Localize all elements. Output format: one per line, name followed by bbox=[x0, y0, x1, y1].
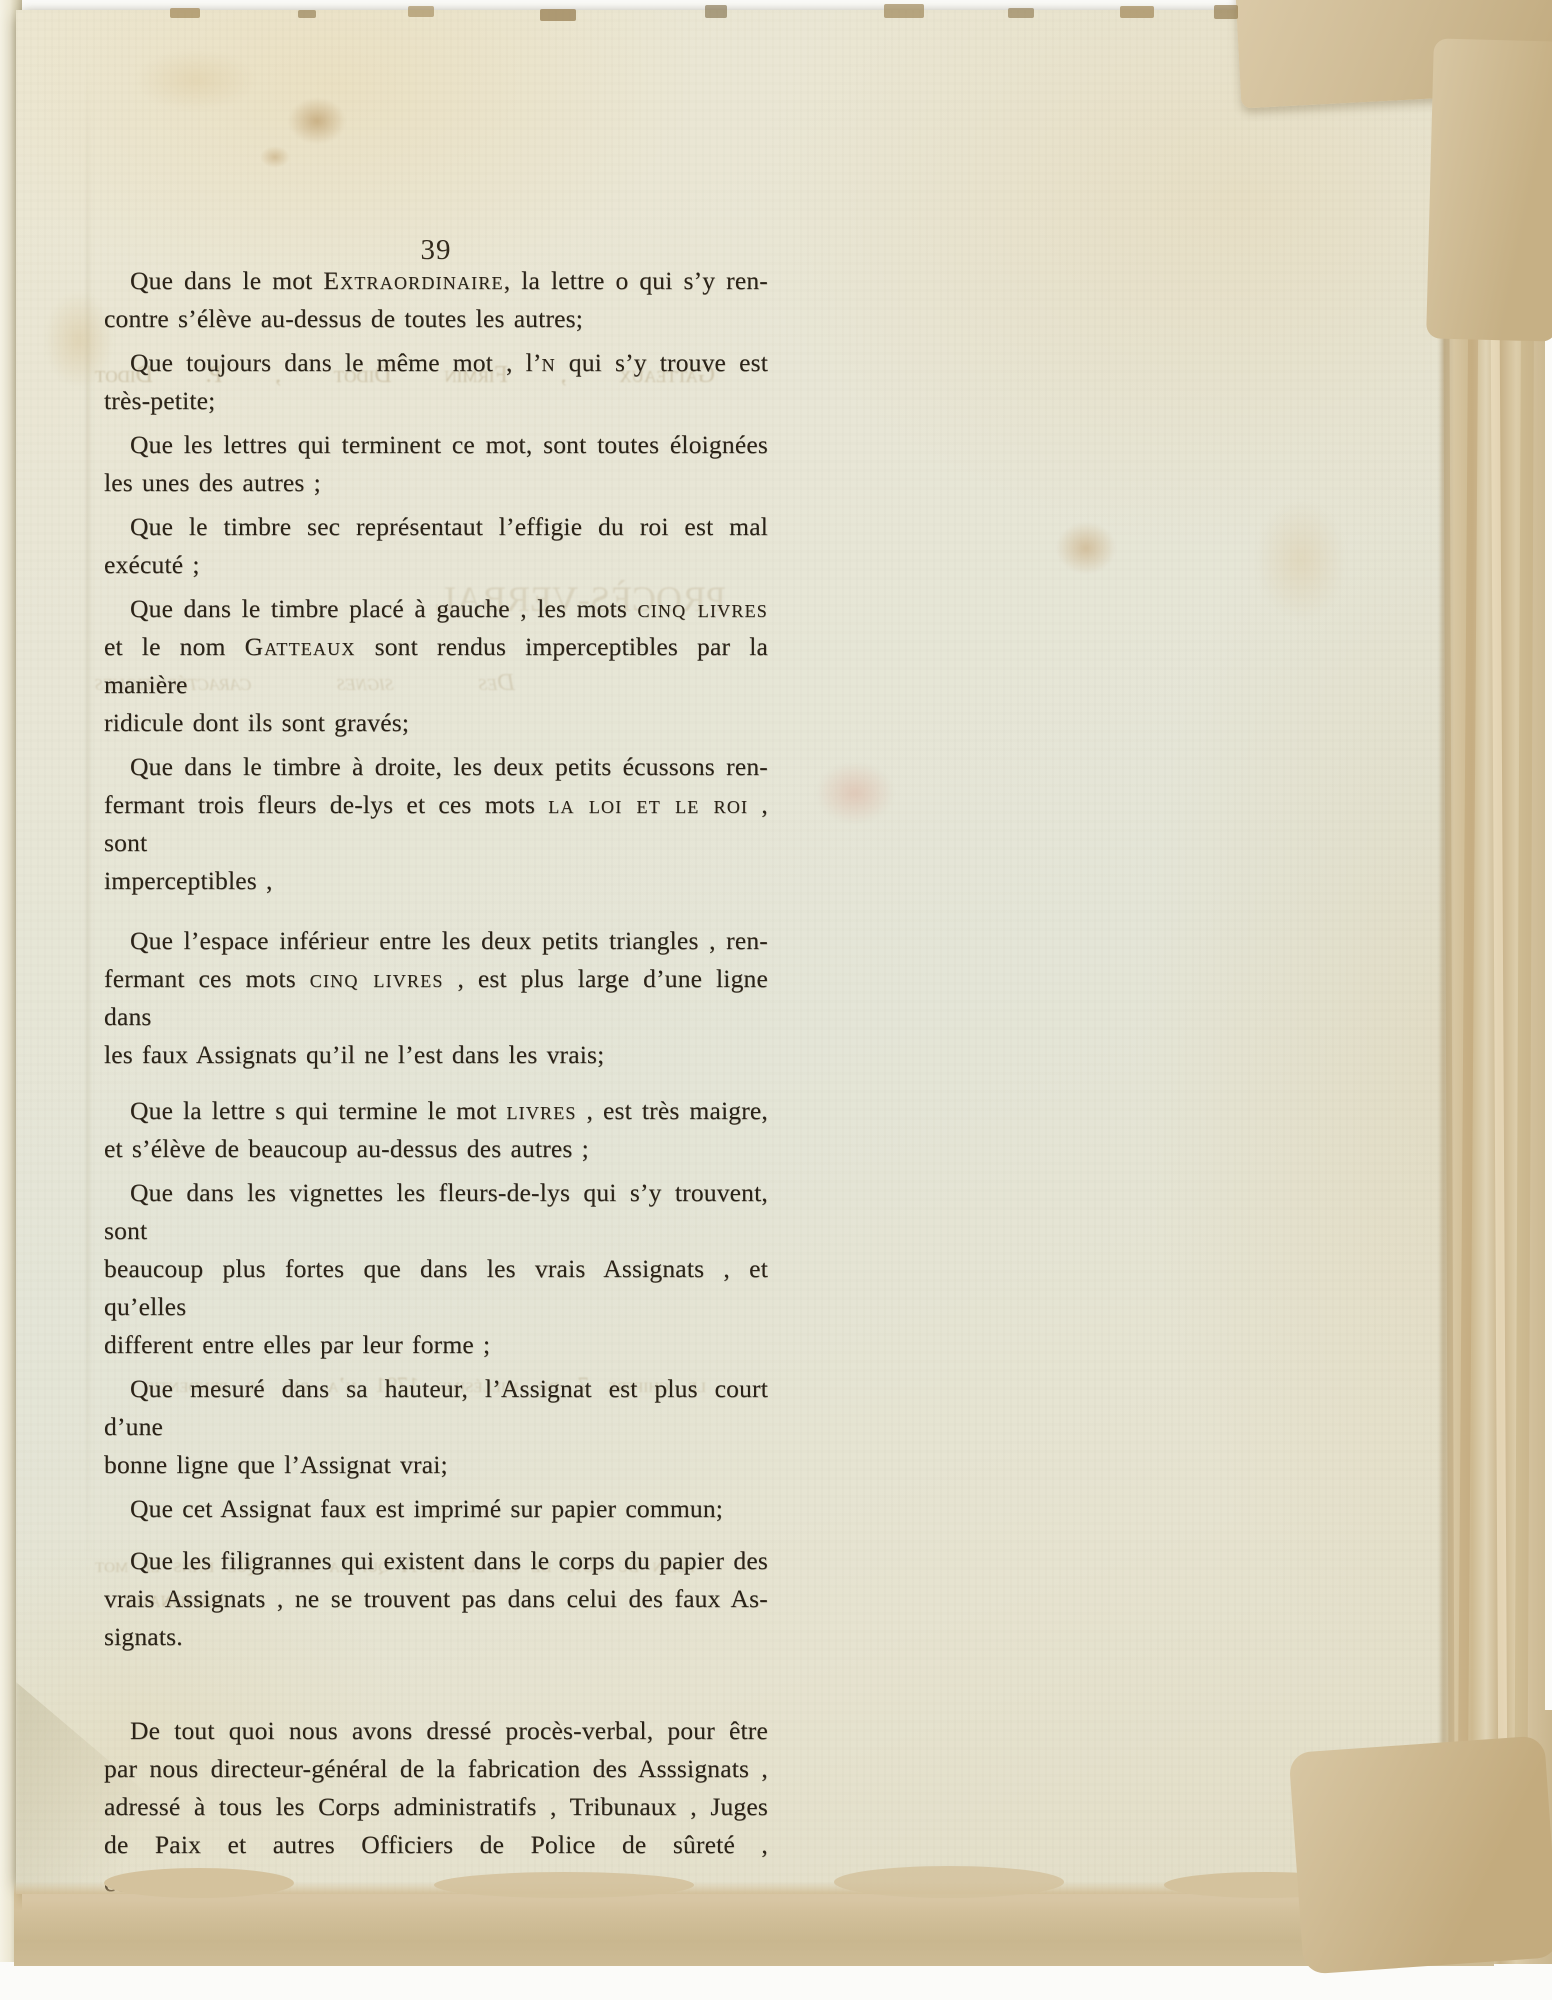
text-segment: et s’élève de beaucoup au-dessus des aut… bbox=[104, 1134, 589, 1163]
top-edge-chip bbox=[1214, 5, 1238, 19]
text-line: Que dans le mot Extraordinaire, la lettr… bbox=[104, 262, 768, 300]
small-caps-segment: Extraordinaire bbox=[323, 266, 503, 295]
text-segment: Que la lettre s qui termine le mot bbox=[130, 1096, 506, 1125]
scanner-gap bbox=[1545, 210, 1552, 1710]
text-line: different entre elles par leur forme ; bbox=[104, 1326, 768, 1364]
text-line: exécuté ; bbox=[104, 546, 768, 584]
top-edge-chip bbox=[298, 10, 316, 18]
text-segment: ridicule dont ils sont gravés; bbox=[104, 708, 409, 737]
paragraph: Que toujours dans le même mot , l’n qui … bbox=[104, 344, 768, 420]
top-right-fold-lower bbox=[1426, 38, 1552, 341]
text-line: adressé à tous les Corps administratifs … bbox=[104, 1788, 768, 1826]
text-segment: Que dans le timbre à droite, les deux pe… bbox=[130, 752, 768, 781]
paragraph: Que les filigrannes qui existent dans le… bbox=[104, 1542, 768, 1656]
text-segment: exécuté ; bbox=[104, 550, 200, 579]
deckle-streak bbox=[1443, 290, 1454, 1810]
stain bbox=[136, 50, 256, 110]
top-edge-chip bbox=[1008, 8, 1034, 18]
text-line: Que mesuré dans sa hauteur, l’Assignat e… bbox=[104, 1370, 768, 1446]
text-segment: bonne ligne que l’Assignat vrai; bbox=[104, 1450, 448, 1479]
text-line: par nous directeur-général de la fabrica… bbox=[104, 1750, 768, 1788]
text-segment: qui s’y trouve est bbox=[556, 348, 768, 377]
paragraph: Que dans le mot Extraordinaire, la lettr… bbox=[104, 262, 768, 338]
text-segment: adressé à tous les Corps administratifs … bbox=[104, 1792, 768, 1821]
text-line: Que les lettres qui terminent ce mot, so… bbox=[104, 426, 768, 464]
text-line: Que dans le timbre placé à gauche , les … bbox=[104, 590, 768, 628]
text-segment: Que mesuré dans sa hauteur, l’Assignat e… bbox=[104, 1374, 768, 1441]
text-segment: Que l’espace inférieur entre les deux pe… bbox=[130, 926, 768, 955]
paragraph: Que la lettre s qui termine le mot livre… bbox=[104, 1092, 768, 1168]
top-edge-chip bbox=[884, 4, 924, 18]
stain bbox=[1056, 522, 1116, 574]
text-line: vrais Assignats , ne se trouvent pas dan… bbox=[104, 1580, 768, 1618]
bottom-deckle-edge bbox=[14, 1882, 1494, 1966]
paragraph: Que le timbre sec représentaut l’effigie… bbox=[104, 508, 768, 584]
small-caps-segment: n bbox=[542, 348, 556, 377]
text-line: imperceptibles , bbox=[104, 862, 768, 900]
small-caps-segment: la loi et le roi bbox=[548, 790, 748, 819]
paragraph: Que dans le timbre à droite, les deux pe… bbox=[104, 748, 768, 900]
text-segment: contre s’élève au-dessus de toutes les a… bbox=[104, 304, 583, 333]
text-segment: Que les lettres qui terminent ce mot, so… bbox=[130, 430, 768, 459]
text-line: fermant ces mots cinq livres , est plus … bbox=[104, 960, 768, 1036]
text-line: bonne ligne que l’Assignat vrai; bbox=[104, 1446, 768, 1484]
text-segment: par nous directeur-général de la fabrica… bbox=[104, 1754, 768, 1783]
stain bbox=[816, 762, 894, 824]
text-segment: Que cet Assignat faux est imprimé sur pa… bbox=[130, 1494, 723, 1523]
text-line: signats. bbox=[104, 1618, 768, 1656]
text-segment: fermant trois fleurs de-lys et ces mots bbox=[104, 790, 548, 819]
text-line: Que toujours dans le même mot , l’n qui … bbox=[104, 344, 768, 382]
text-segment: Que le timbre sec représentaut l’effigie… bbox=[130, 512, 768, 541]
torn-edge-bump bbox=[104, 1868, 294, 1898]
text-segment: imperceptibles , bbox=[104, 866, 273, 895]
text-line: Que l’espace inférieur entre les deux pe… bbox=[104, 922, 768, 960]
stain bbox=[1256, 500, 1346, 620]
torn-edge-bump bbox=[834, 1866, 1064, 1898]
paragraph: Que dans les vignettes les fleurs-de-lys… bbox=[104, 1174, 768, 1364]
text-line: les faux Assignats qu’il ne l’est dans l… bbox=[104, 1036, 768, 1074]
text-line: ridicule dont ils sont gravés; bbox=[104, 704, 768, 742]
text-segment: Que les filigrannes qui existent dans le… bbox=[130, 1546, 768, 1575]
paragraph: Que cet Assignat faux est imprimé sur pa… bbox=[104, 1490, 768, 1528]
text-segment: vrais Assignats , ne se trouvent pas dan… bbox=[104, 1584, 768, 1613]
bottom-right-fold bbox=[1289, 1735, 1552, 1974]
small-caps-segment: cinq livres bbox=[638, 594, 768, 623]
text-line: et le nom Gatteaux sont rendus impercept… bbox=[104, 628, 768, 704]
text-line: et s’élève de beaucoup au-dessus des aut… bbox=[104, 1130, 768, 1168]
text-line: Que le timbre sec représentaut l’effigie… bbox=[104, 508, 768, 546]
text-line: beaucoup plus fortes que dans les vrais … bbox=[104, 1250, 768, 1326]
top-edge-chip bbox=[408, 6, 434, 17]
text-line: très-petite; bbox=[104, 382, 768, 420]
text-line: les unes des autres ; bbox=[104, 464, 768, 502]
text-segment: De tout quoi nous avons dressé procès-ve… bbox=[130, 1716, 768, 1745]
scanner-bed: Gatteaux , Firmin Didot , P. DidotPROCÈS… bbox=[0, 0, 1552, 2000]
paragraph: Que mesuré dans sa hauteur, l’Assignat e… bbox=[104, 1370, 768, 1484]
text-segment: Que dans le timbre placé à gauche , les … bbox=[130, 594, 638, 623]
text-line: Que cet Assignat faux est imprimé sur pa… bbox=[104, 1490, 768, 1528]
text-line: fermant trois fleurs de-lys et ces mots … bbox=[104, 786, 768, 862]
top-edge-chip bbox=[1120, 6, 1154, 18]
text-segment: les unes des autres ; bbox=[104, 468, 321, 497]
text-line: Que dans le timbre à droite, les deux pe… bbox=[104, 748, 768, 786]
stain bbox=[288, 98, 346, 144]
stain bbox=[260, 146, 290, 168]
vertical-crease bbox=[86, 60, 90, 1580]
text-line: Que la lettre s qui termine le mot livre… bbox=[104, 1092, 768, 1130]
deckle-streak bbox=[1514, 110, 1535, 1890]
top-edge-chip bbox=[170, 8, 200, 18]
text-line: contre s’élève au-dessus de toutes les a… bbox=[104, 300, 768, 338]
text-line: Que les filigrannes qui existent dans le… bbox=[104, 1542, 768, 1580]
text-segment: different entre elles par leur forme ; bbox=[104, 1330, 490, 1359]
paper-page: Gatteaux , Firmin Didot , P. DidotPROCÈS… bbox=[16, 10, 1456, 1894]
text-segment: et le nom bbox=[104, 632, 245, 661]
text-segment: très-petite; bbox=[104, 386, 215, 415]
paragraph: Que dans le timbre placé à gauche , les … bbox=[104, 590, 768, 742]
torn-edge-bump bbox=[434, 1872, 694, 1898]
text-segment: signats. bbox=[104, 1622, 183, 1651]
text-segment: fermant ces mots bbox=[104, 964, 310, 993]
top-edge-chip bbox=[705, 5, 727, 18]
text-block: Que dans le mot Extraordinaire, la lettr… bbox=[104, 262, 768, 1902]
small-caps-segment: Gatteaux bbox=[245, 632, 356, 661]
text-segment: les faux Assignats qu’il ne l’est dans l… bbox=[104, 1040, 604, 1069]
text-segment: , est très maigre, bbox=[577, 1096, 768, 1125]
text-line: De tout quoi nous avons dressé procès-ve… bbox=[104, 1712, 768, 1750]
paragraph: Que l’espace inférieur entre les deux pe… bbox=[104, 922, 768, 1074]
text-segment: Que dans les vignettes les fleurs-de-lys… bbox=[104, 1178, 768, 1245]
small-caps-segment: cinq livres bbox=[310, 964, 444, 993]
text-line: Que dans les vignettes les fleurs-de-lys… bbox=[104, 1174, 768, 1250]
paragraph: Que les lettres qui terminent ce mot, so… bbox=[104, 426, 768, 502]
text-segment: , la lettre o qui s’y ren- bbox=[504, 266, 768, 295]
text-segment: Que toujours dans le même mot , l’ bbox=[130, 348, 542, 377]
text-segment: beaucoup plus fortes que dans les vrais … bbox=[104, 1254, 768, 1321]
small-caps-segment: livres bbox=[506, 1096, 576, 1125]
top-edge-chip bbox=[540, 9, 576, 21]
text-segment: Que dans le mot bbox=[130, 266, 323, 295]
